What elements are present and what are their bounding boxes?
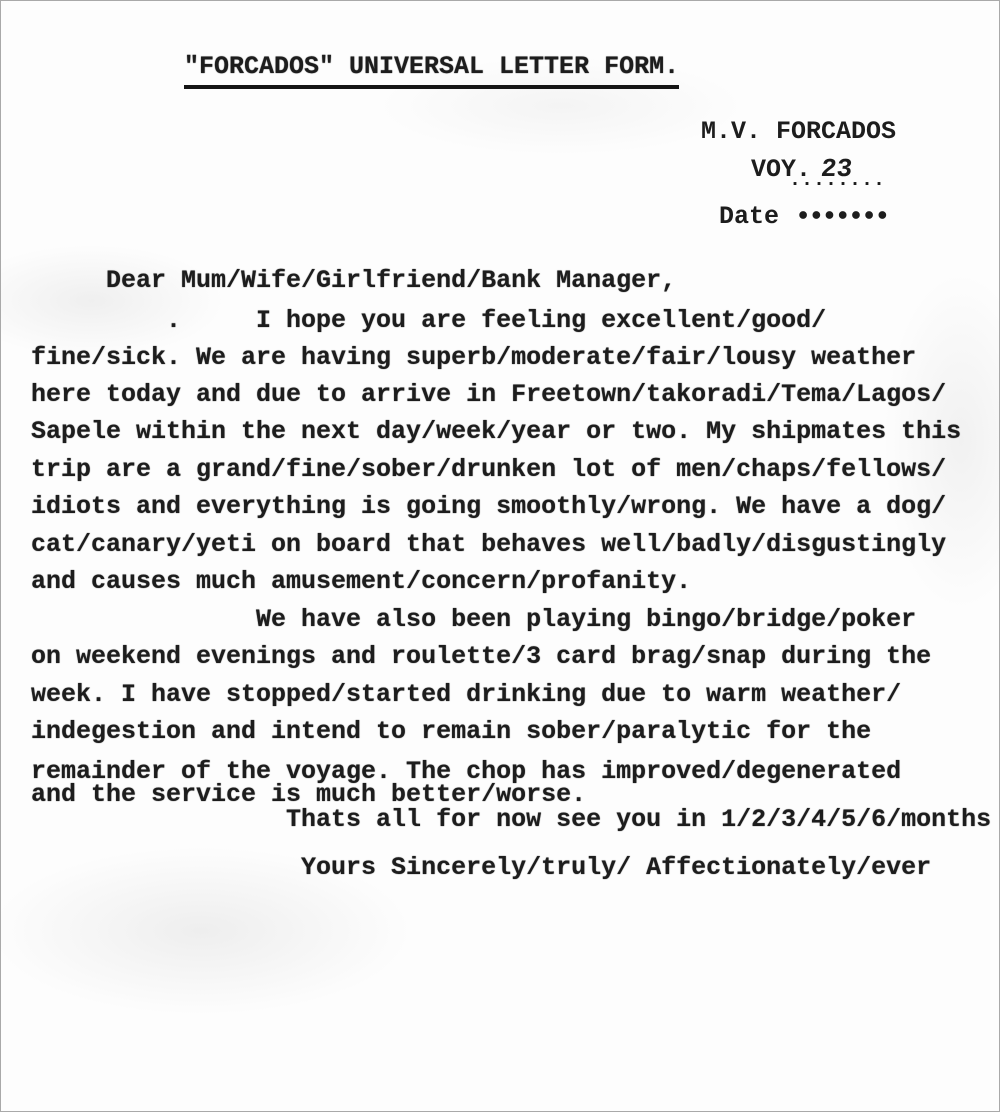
body-line: We have also been playing bingo/bridge/p… [31,604,916,636]
body-line: cat/canary/yeti on board that behaves we… [31,529,946,561]
body-line: idiots and everything is going smoothly/… [31,491,946,523]
body-line: Sapele within the next day/week/year or … [31,416,961,448]
body-line: Thats all for now see you in 1/2/3/4/5/6… [31,804,991,836]
body-line: Yours Sincerely/truly/ Affectionately/ev… [31,852,931,884]
body-line: trip are a grand/fine/sober/drunken lot … [31,454,946,486]
body-line: and causes much amusement/concern/profan… [31,566,691,598]
body-line: indegestion and intend to remain sober/p… [31,716,871,748]
body-line: on weekend evenings and roulette/3 card … [31,641,931,673]
body-line: here today and due to arrive in Freetown… [31,379,946,411]
body-line: week. I have stopped/started drinking du… [31,679,901,711]
body-line: fine/sick. We are having superb/moderate… [31,342,916,374]
letter-form-page: "FORCADOS" UNIVERSAL LETTER FORM. M.V. F… [0,0,1000,1112]
body-line: Dear Mum/Wife/Girlfriend/Bank Manager, [31,265,676,297]
letter-body: Dear Mum/Wife/Girlfriend/Bank Manager, .… [31,1,1000,1111]
body-line: . I hope you are feeling excellent/good/ [31,305,826,337]
